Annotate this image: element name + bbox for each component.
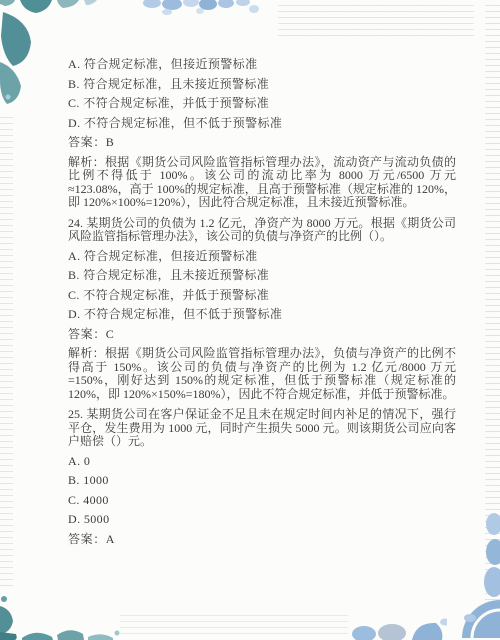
paper-texture-right-edge [485, 0, 500, 640]
q24-answer: 答案：C [68, 328, 456, 342]
q24-option-b: B. 符合规定标准，且未接近预警标准 [68, 269, 456, 283]
blue-pebbles-top-icon [142, 0, 260, 16]
q25-question-text: 25. 某期货公司在客户保证金不足且未在规定时间内补足的情况下，强行平仓，发生费… [68, 408, 456, 449]
paper-texture-left-edge [0, 112, 13, 588]
q23-option-d: D. 不符合规定标准，但不低于预警标准 [68, 117, 456, 131]
q23-answer: 答案：B [68, 136, 456, 150]
q24-analysis: 解析：根据《期货公司风险监管指标管理办法》，负债与净资产的比例不得高于 150%… [68, 347, 456, 401]
q24-option-d: D. 不符合规定标准，但不低于预警标准 [68, 308, 456, 322]
question-text-column: A. 符合规定标准，但接近预警标准 B. 符合规定标准，且未接近预警标准 C. … [68, 58, 456, 552]
q23-option-b: B. 符合规定标准，且未接近预警标准 [68, 78, 456, 92]
paper-texture-top-right [278, 0, 474, 36]
q24-option-c: C. 不符合规定标准，并低于预警标准 [68, 289, 456, 303]
q25-option-c: C. 4000 [68, 494, 456, 508]
q25-option-a: A. 0 [68, 455, 456, 469]
paper-texture-bottom [120, 610, 348, 638]
q24-option-a: A. 符合规定标准，但接近预警标准 [68, 250, 456, 264]
q23-analysis: 解析：根据《期货公司风险监管指标管理办法》，流动资产与流动负债的比例不得低于 1… [68, 156, 456, 210]
q23-option-c: C. 不符合规定标准，并低于预警标准 [68, 97, 456, 111]
blue-pebbles-bottom-right-icon [352, 614, 447, 640]
q25-answer: 答案：A [68, 533, 456, 547]
q25-option-b: B. 1000 [68, 474, 456, 488]
teal-pebbles-bottom-left-icon [0, 594, 125, 640]
exam-document-page: A. 符合规定标准，但接近预警标准 B. 符合规定标准，且未接近预警标准 C. … [0, 0, 500, 640]
q24-question-text: 24. 某期货公司的负债为 1.2 亿元，净资产为 8000 万元。根据《期货公… [68, 217, 456, 244]
q25-option-d: D. 5000 [68, 513, 456, 527]
q23-option-a: A. 符合规定标准，但接近预警标准 [68, 58, 456, 72]
